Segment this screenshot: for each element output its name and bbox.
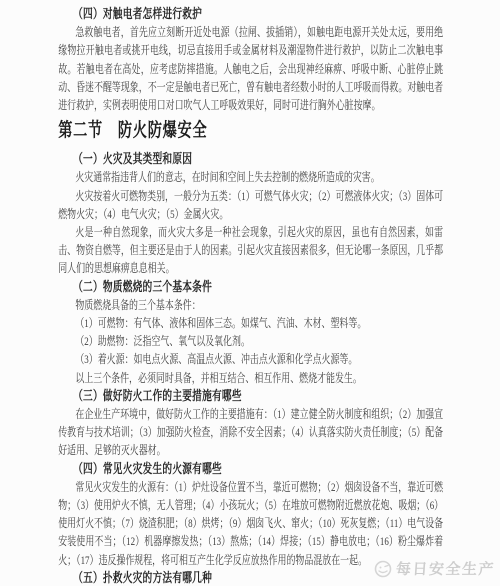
document-body: （四）对触电者怎样进行救护 急救触电者，首先应立刻断开近处电源（拉闸、拔插销），… <box>0 0 500 586</box>
sub-heading-electric-rescue: （四）对触电者怎样进行救护 <box>58 5 443 23</box>
paragraph-fire-definition: 火灾通常指违背人们的意志，在时间和空间上失去控制的燃烧所造成的灾害。 <box>58 168 443 186</box>
paragraph-fire-source-list: 常见火灾发生的火源有：（1）炉灶设备位置不当，靠近可燃物；（2）烟囱设备不当，靠… <box>58 478 443 569</box>
sub-heading-fire-types: （一）火灾及其类型和原因 <box>58 150 443 168</box>
paragraph-combustion-intro: 物质燃烧具备的三个基本条件： <box>58 296 443 314</box>
sub-heading-combustion-conditions: （二）物质燃烧的三个基本条件 <box>58 278 443 296</box>
watermark-logo-icon <box>374 560 392 578</box>
paragraph-combustible-item: （1）可燃物：有气体、液体和固体三态。如煤气、汽油、木材、塑料等。 <box>58 314 443 332</box>
watermark: 每日安全生产 <box>374 558 495 579</box>
scanned-document-page: （四）对触电者怎样进行救护 急救触电者，首先应立刻断开近处电源（拉闸、拔插销），… <box>0 0 500 586</box>
sub-heading-fire-prevention-measures: （三）做好防火工作的主要措施有哪些 <box>58 387 443 405</box>
paragraph-ignition-source-item: （3）着火源：如电点火源、高温点火源、冲击点火源和化学点火源等。 <box>58 350 443 368</box>
paragraph-electric-rescue: 急救触电者，首先应立刻断开近处电源（拉闸、拔插销），如触电距电源开关处太远，要用… <box>58 23 443 114</box>
paragraph-conditions-summary: 以上三个条件，必须同时具备，并相互结合、相互作用、燃烧才能发生。 <box>58 369 443 387</box>
chapter-heading-fire-safety: 第二节 防火防爆安全 <box>58 118 443 144</box>
paragraph-prevention-measures: 在企业生产环境中，做好防火工作的主要措施有：（1）建立健全防火制度和组织；（2）… <box>58 405 443 460</box>
sub-heading-common-fire-sources: （四）常见火灾发生的火源有哪些 <box>58 460 443 478</box>
watermark-text: 每日安全生产 <box>395 558 495 579</box>
paragraph-fire-categories: 火灾按着火可燃物类别，一般分为五类：（1）可燃气体火灾；（2）可燃液体火灾；（3… <box>58 187 443 223</box>
paragraph-fire-causes: 火是一种自然现象，而火灾大多是一种社会现象，引起火灾的原因，虽也有自然因素，如雷… <box>58 223 443 278</box>
paragraph-oxidizer-item: （2）助燃物：泛指空气、氧气以及氧化剂。 <box>58 332 443 350</box>
